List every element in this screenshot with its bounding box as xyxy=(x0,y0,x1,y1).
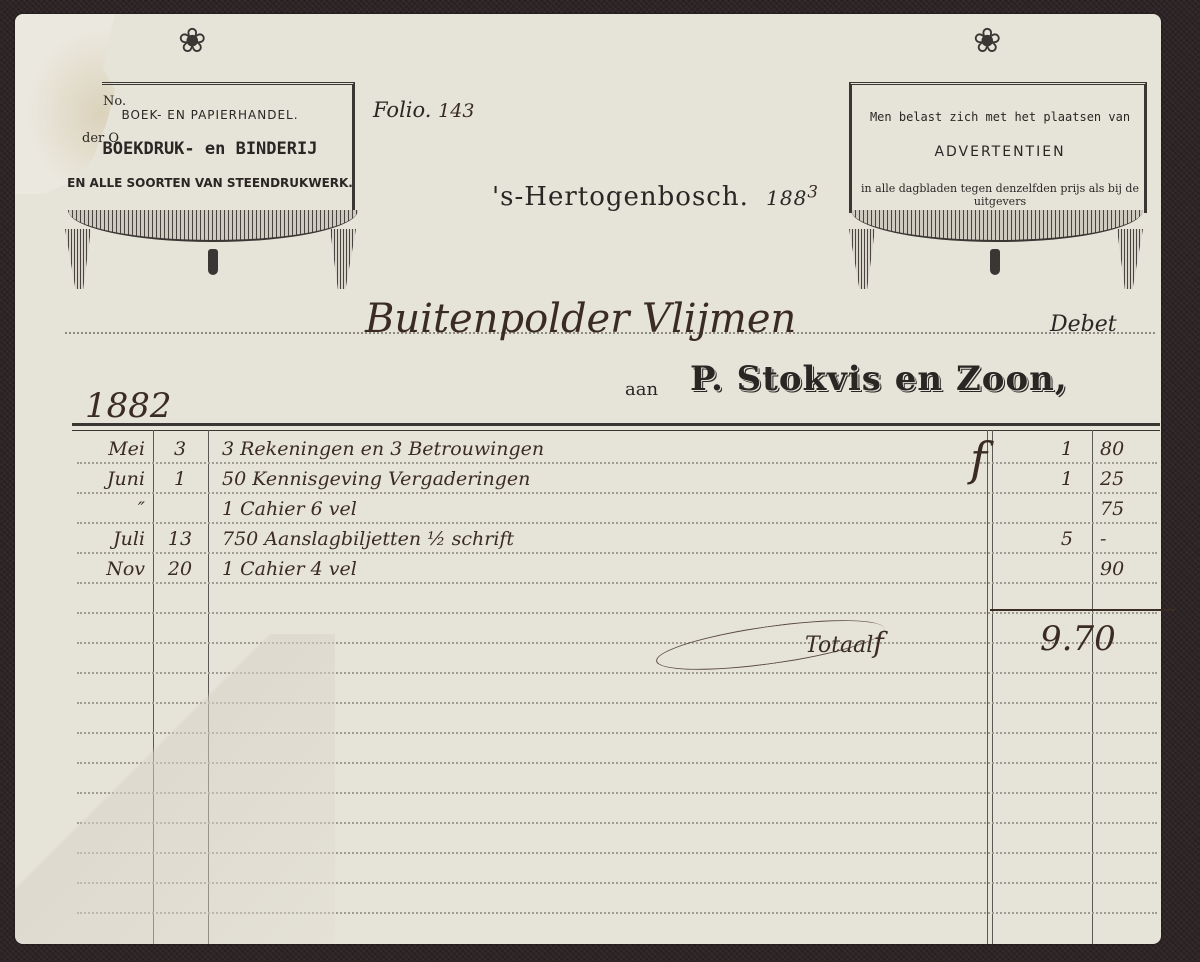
column-divider-guilders-cents xyxy=(1092,430,1093,944)
total-rule xyxy=(990,609,1175,611)
left-cartouche-line3: EN ALLE SOORTEN VAN STEENDRUKWERK. xyxy=(60,176,360,190)
column-divider-month-day xyxy=(153,430,154,944)
drapery-ornament xyxy=(68,210,358,242)
right-cartouche-line1: Men belast zich met het plaatsen van xyxy=(845,110,1155,124)
invoice-paper: No. der O ❀ BOEK- EN PAPIERHANDEL. BOEKD… xyxy=(15,14,1161,944)
ledger-year: 1882 xyxy=(85,386,172,426)
bow-ornament-icon: ❀ xyxy=(178,24,207,58)
header-rule xyxy=(72,423,1160,431)
total-label: Totaalf xyxy=(805,626,884,659)
tassel-ornament-icon xyxy=(990,249,1000,275)
place-date: 's-Hertogenbosch. 1883 xyxy=(492,182,819,212)
tassel-ornament-icon xyxy=(208,249,218,275)
folio-number: 143 xyxy=(438,100,474,122)
right-cartouche-line2: ADVERTENTIEN xyxy=(845,144,1155,160)
folio: Folio. 143 xyxy=(373,98,474,122)
column-divider-desc-amount xyxy=(987,430,993,944)
left-cartouche-line2: BOEKDRUK- en BINDERIJ xyxy=(60,139,360,159)
column-divider-day-desc xyxy=(208,430,209,944)
right-cartouche: ❀ Men belast zich met het plaatsen van A… xyxy=(845,24,1155,304)
addressee: Buitenpolder Vlijmen xyxy=(365,296,796,342)
currency-mark: f xyxy=(970,432,987,486)
debet-label: Debet xyxy=(1050,312,1117,337)
left-cartouche-line1: BOEK- EN PAPIERHANDEL. xyxy=(60,108,360,122)
right-cartouche-line3: in alle dagbladen tegen denzelfden prijs… xyxy=(845,182,1155,208)
firm-name: P. Stokvis en Zoon, xyxy=(690,359,1068,399)
bow-ornament-icon: ❀ xyxy=(973,24,1002,58)
total-value: 9.70 xyxy=(1040,619,1116,659)
city-name: 's-Hertogenbosch. xyxy=(492,182,749,212)
drapery-ornament xyxy=(851,210,1143,242)
left-cartouche: ❀ BOEK- EN PAPIERHANDEL. BOEKDRUK- en BI… xyxy=(60,24,360,304)
aan-label: aan xyxy=(625,379,658,400)
